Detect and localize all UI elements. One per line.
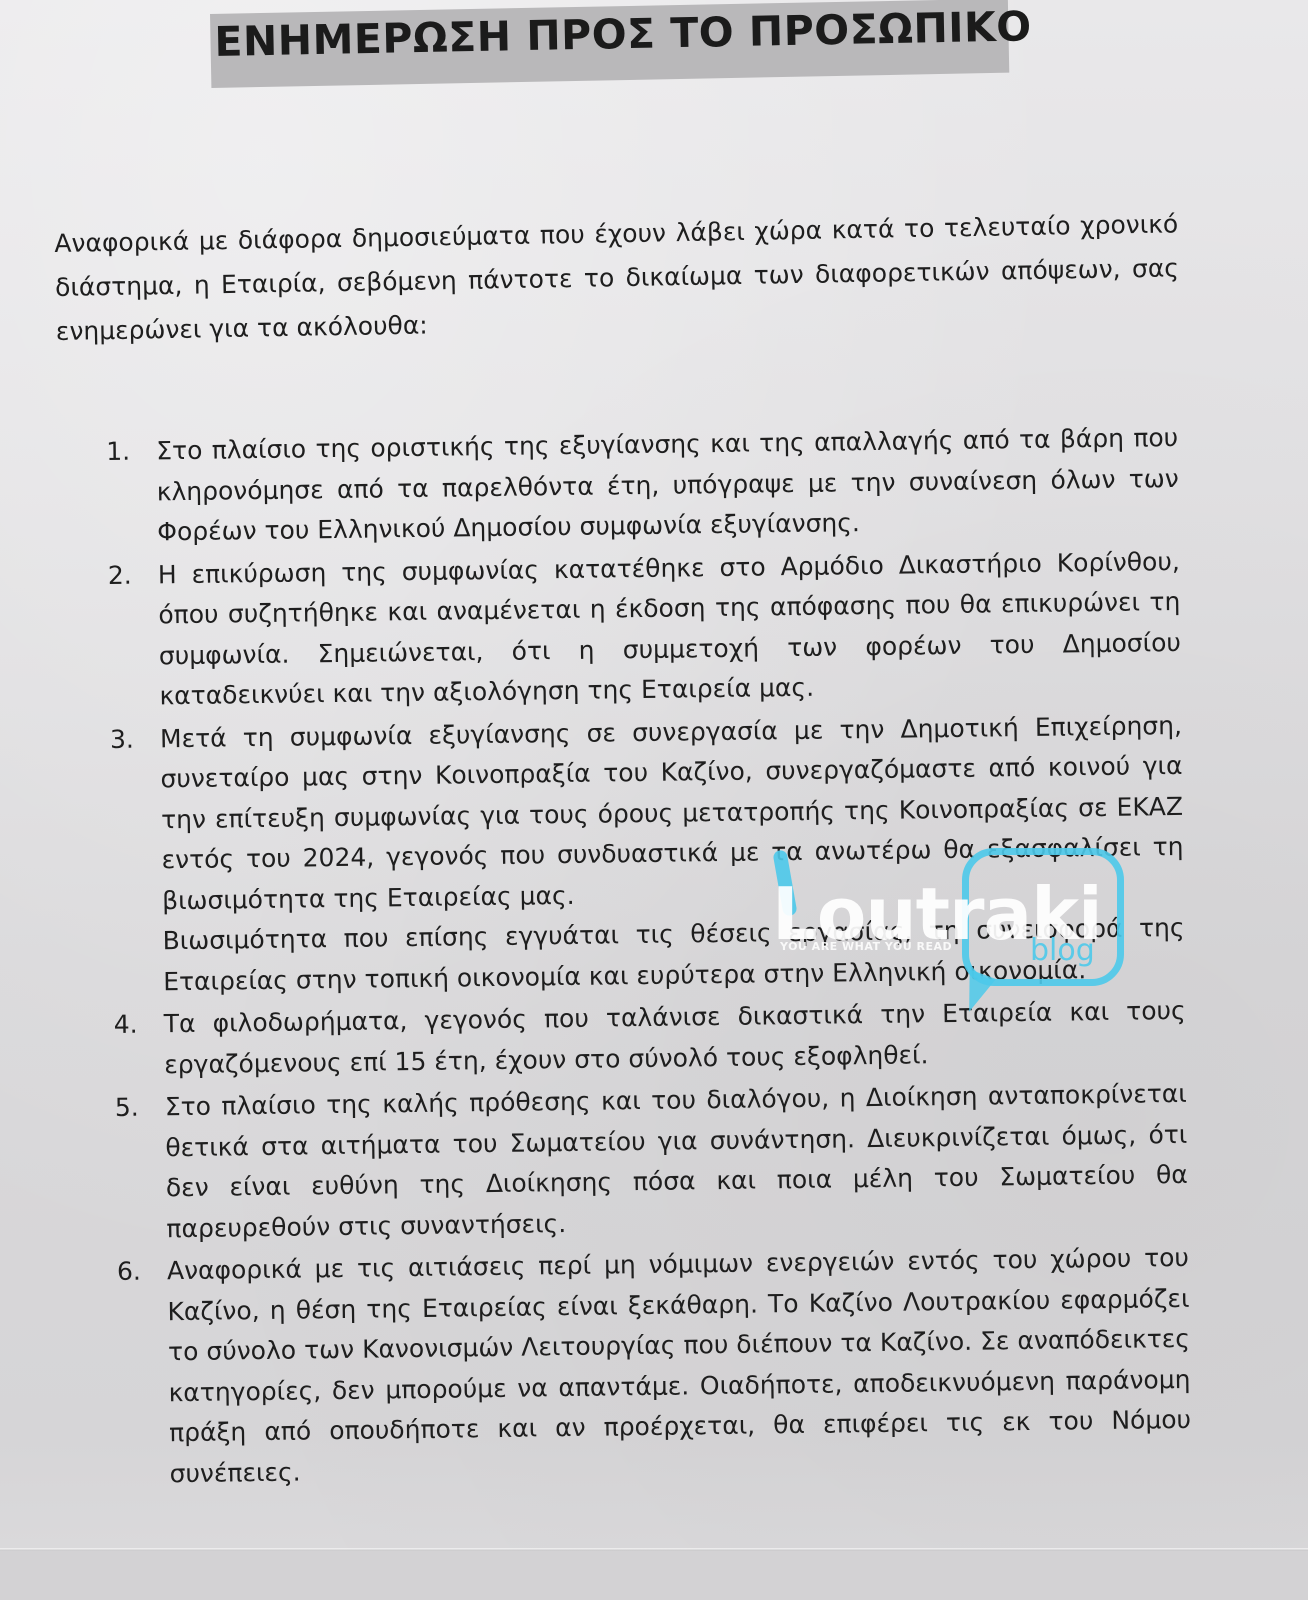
list-item-number: 1.	[106, 432, 130, 473]
list-item-number: 2.	[108, 555, 132, 596]
list-item: 2. Η επικύρωση της συμφωνίας κατατέθηκε …	[108, 541, 1182, 717]
list-item-text: Στο πλαίσιο της οριστικής της εξυγίανσης…	[156, 418, 1180, 553]
list-item-text: Η επικύρωση της συμφωνίας κατατέθηκε στο…	[158, 541, 1182, 716]
list-item: 4. Τα φιλοδωρήματα, γεγονός που ταλάνισε…	[114, 991, 1187, 1086]
list-item-text: Στο πλαίσιο της καλής πρόθεσης και του δ…	[165, 1074, 1189, 1249]
list-item-number: 6.	[117, 1252, 141, 1293]
list-item: 3. Μετά τη συμφωνία εξυγίανσης σε συνεργ…	[110, 705, 1186, 1003]
list-item-text: Βιωσιμότητα που επίσης εγγυάται τις θέσε…	[162, 908, 1185, 1002]
list-item-text: Αναφορικά με τις αιτιάσεις περί μη νόμιμ…	[167, 1238, 1192, 1494]
list-item: 5. Στο πλαίσιο της καλής πρόθεσης και το…	[115, 1074, 1189, 1250]
list-item-number: 5.	[115, 1088, 139, 1129]
list-item-number: 4.	[114, 1005, 138, 1046]
paper-bottom-edge	[0, 1551, 1308, 1600]
list-item: 1. Στο πλαίσιο της οριστικής της εξυγίαν…	[106, 418, 1179, 554]
numbered-list: 1. Στο πλαίσιο της οριστικής της εξυγίαν…	[106, 418, 1192, 1497]
list-item: 6. Αναφορικά με τις αιτιάσεις περί μη νό…	[117, 1238, 1192, 1495]
list-item-text: Τα φιλοδωρήματα, γεγονός που ταλάνισε δι…	[163, 991, 1186, 1085]
intro-paragraph: Αναφορικά με διάφορα δημοσιεύματα που έχ…	[54, 202, 1180, 354]
list-item-text: Μετά τη συμφωνία εξυγίανσης σε συνεργασί…	[160, 705, 1185, 921]
list-item-number: 3.	[110, 719, 134, 760]
